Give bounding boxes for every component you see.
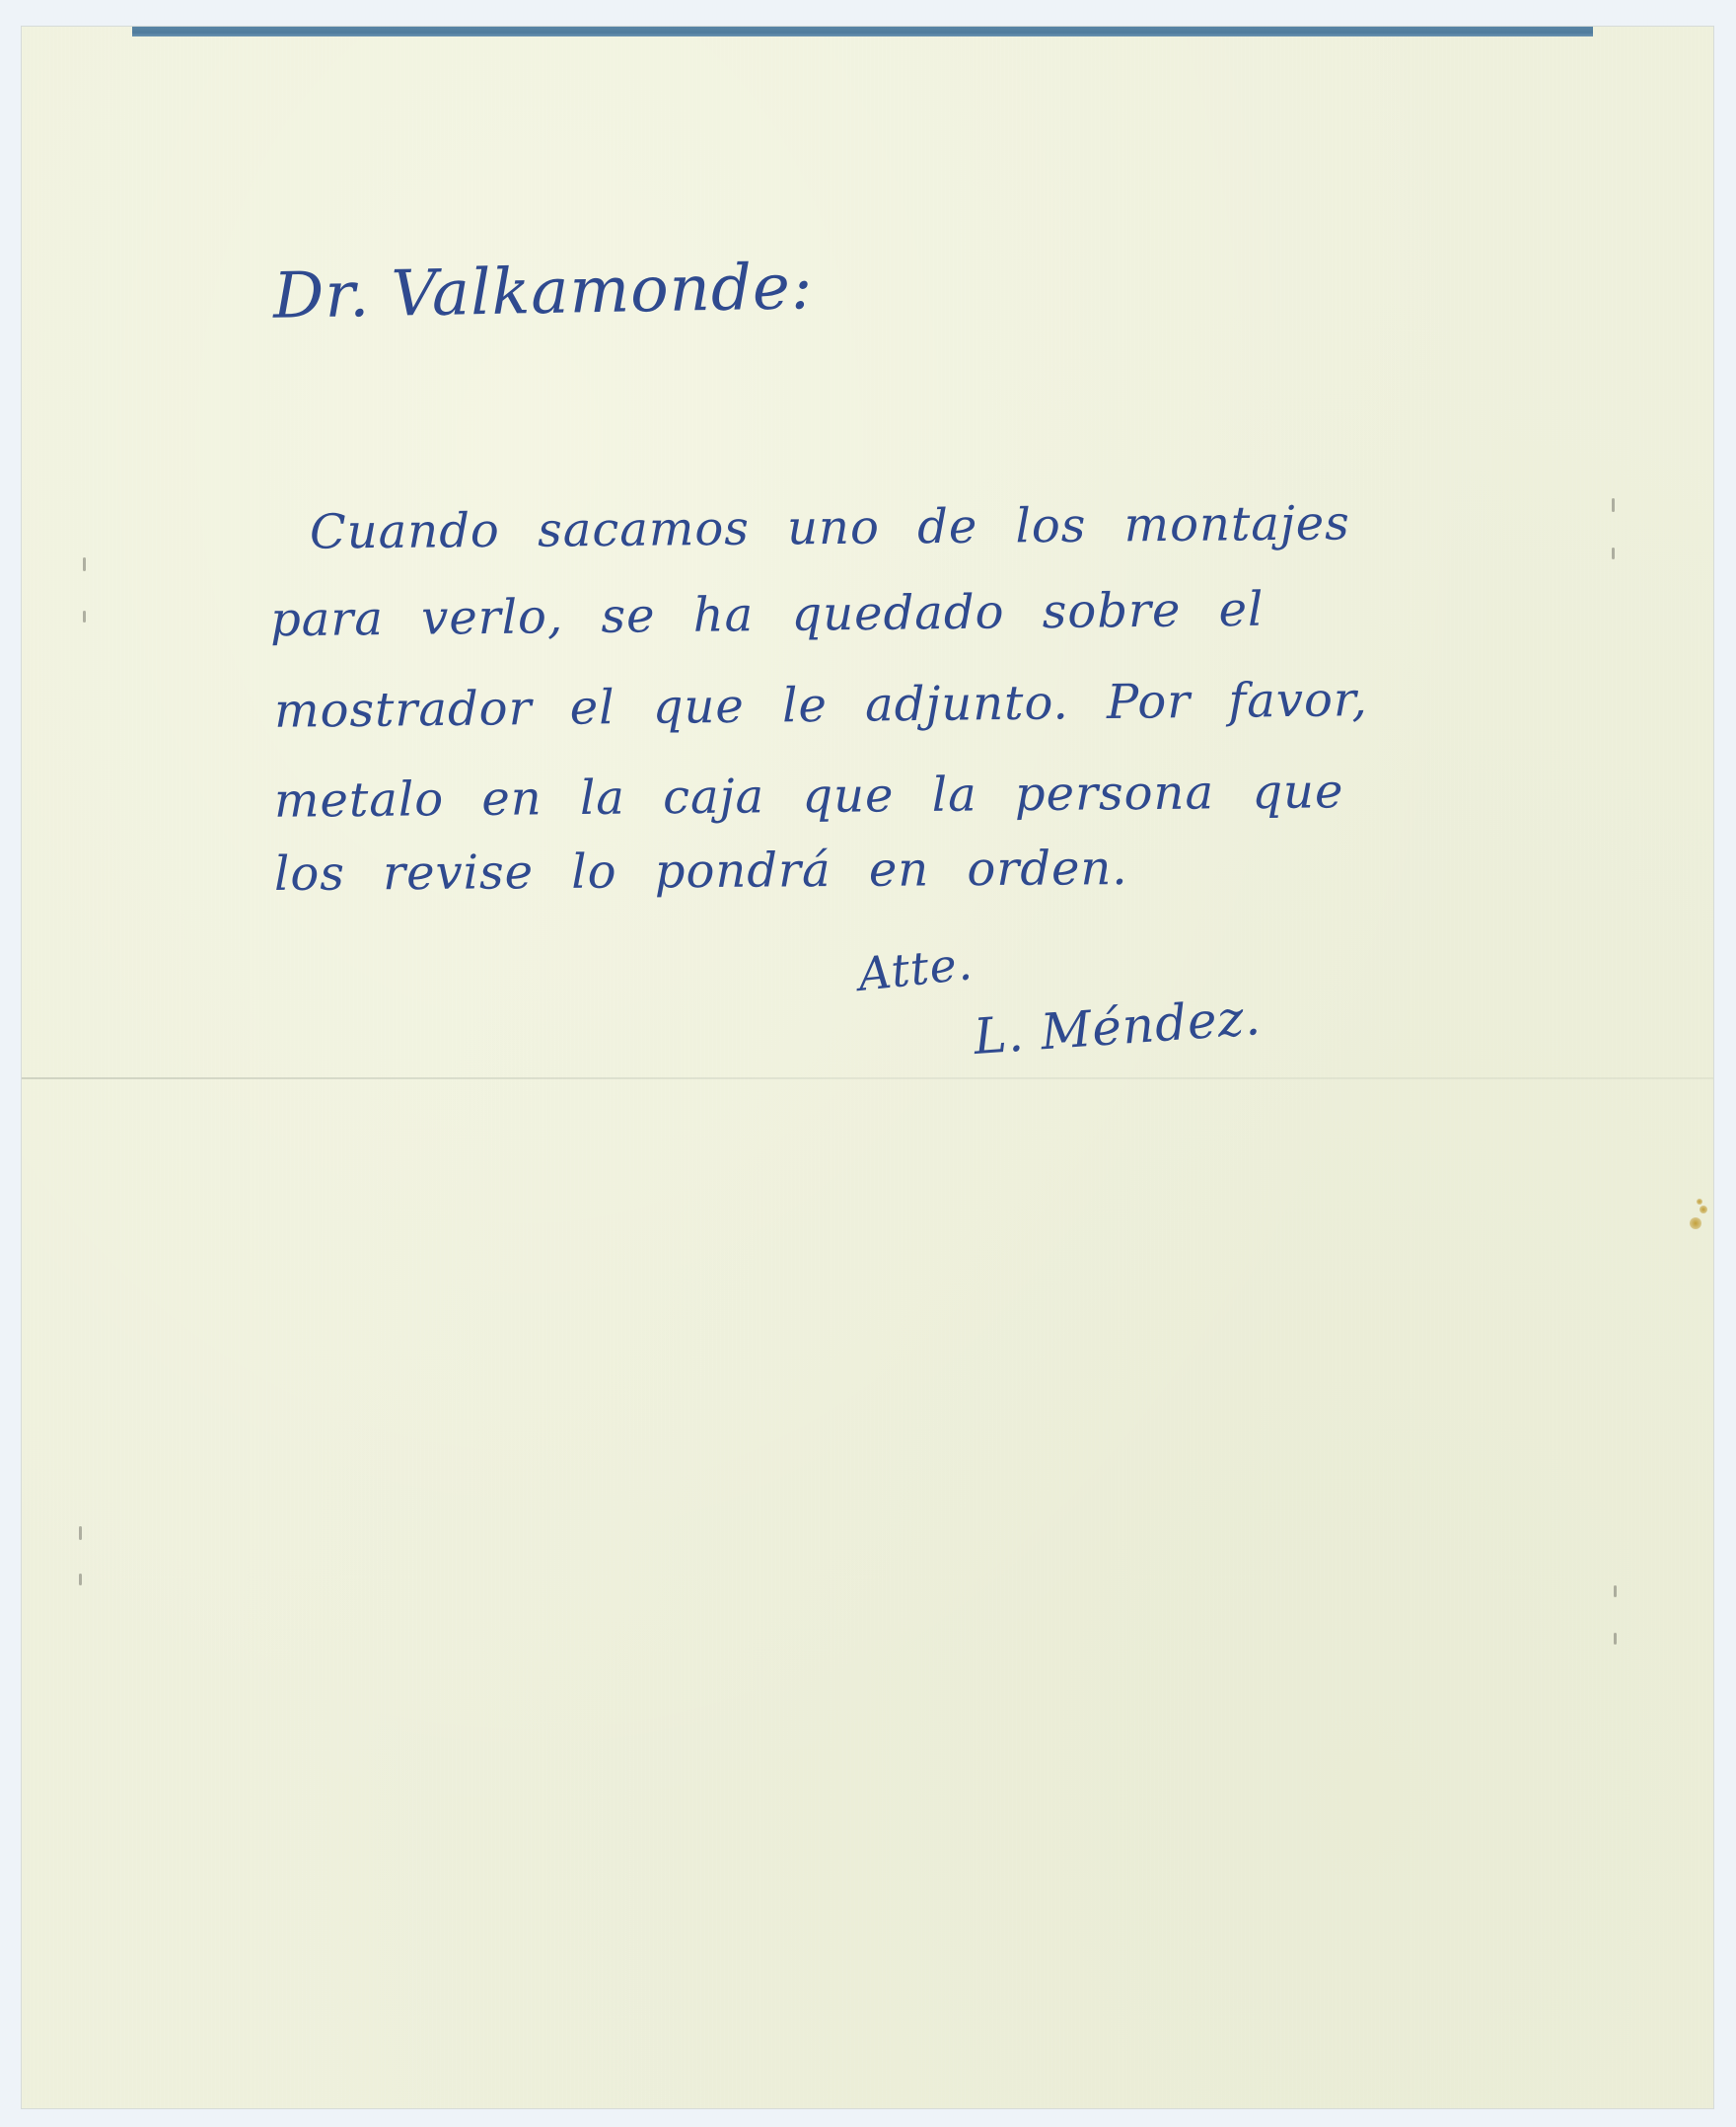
top-blue-band (132, 27, 1593, 37)
body-line-3: mostrador el que le adjunto. Por favor, (274, 672, 1368, 739)
paper-stain (1690, 1217, 1701, 1229)
edge-mark (1612, 548, 1615, 559)
edge-mark (79, 1526, 82, 1540)
letter-paper: Dr. Valkamonde: Cuando sacamos uno de lo… (22, 27, 1713, 2108)
edge-mark (1614, 1633, 1617, 1645)
paper-stain (1700, 1206, 1707, 1213)
body-line-4: metalo en la caja que la persona que (274, 764, 1344, 828)
body-line-2: para verlo, se ha quedado sobre el (270, 582, 1265, 648)
edge-mark (1614, 1585, 1617, 1597)
edge-mark (83, 611, 86, 623)
salutation: Dr. Valkamonde: (272, 251, 814, 333)
body-line-1: Cuando sacamos uno de los montajes (310, 495, 1350, 559)
body-line-5: los revise lo pondrá en orden. (274, 841, 1128, 902)
edge-mark (79, 1574, 82, 1585)
fold-crease (22, 1077, 1713, 1079)
closing: Atte. (855, 936, 975, 1001)
signature: L. Méndez. (972, 989, 1263, 1065)
edge-mark (83, 557, 86, 571)
paper-stain (1697, 1199, 1702, 1205)
edge-mark (1612, 498, 1615, 512)
